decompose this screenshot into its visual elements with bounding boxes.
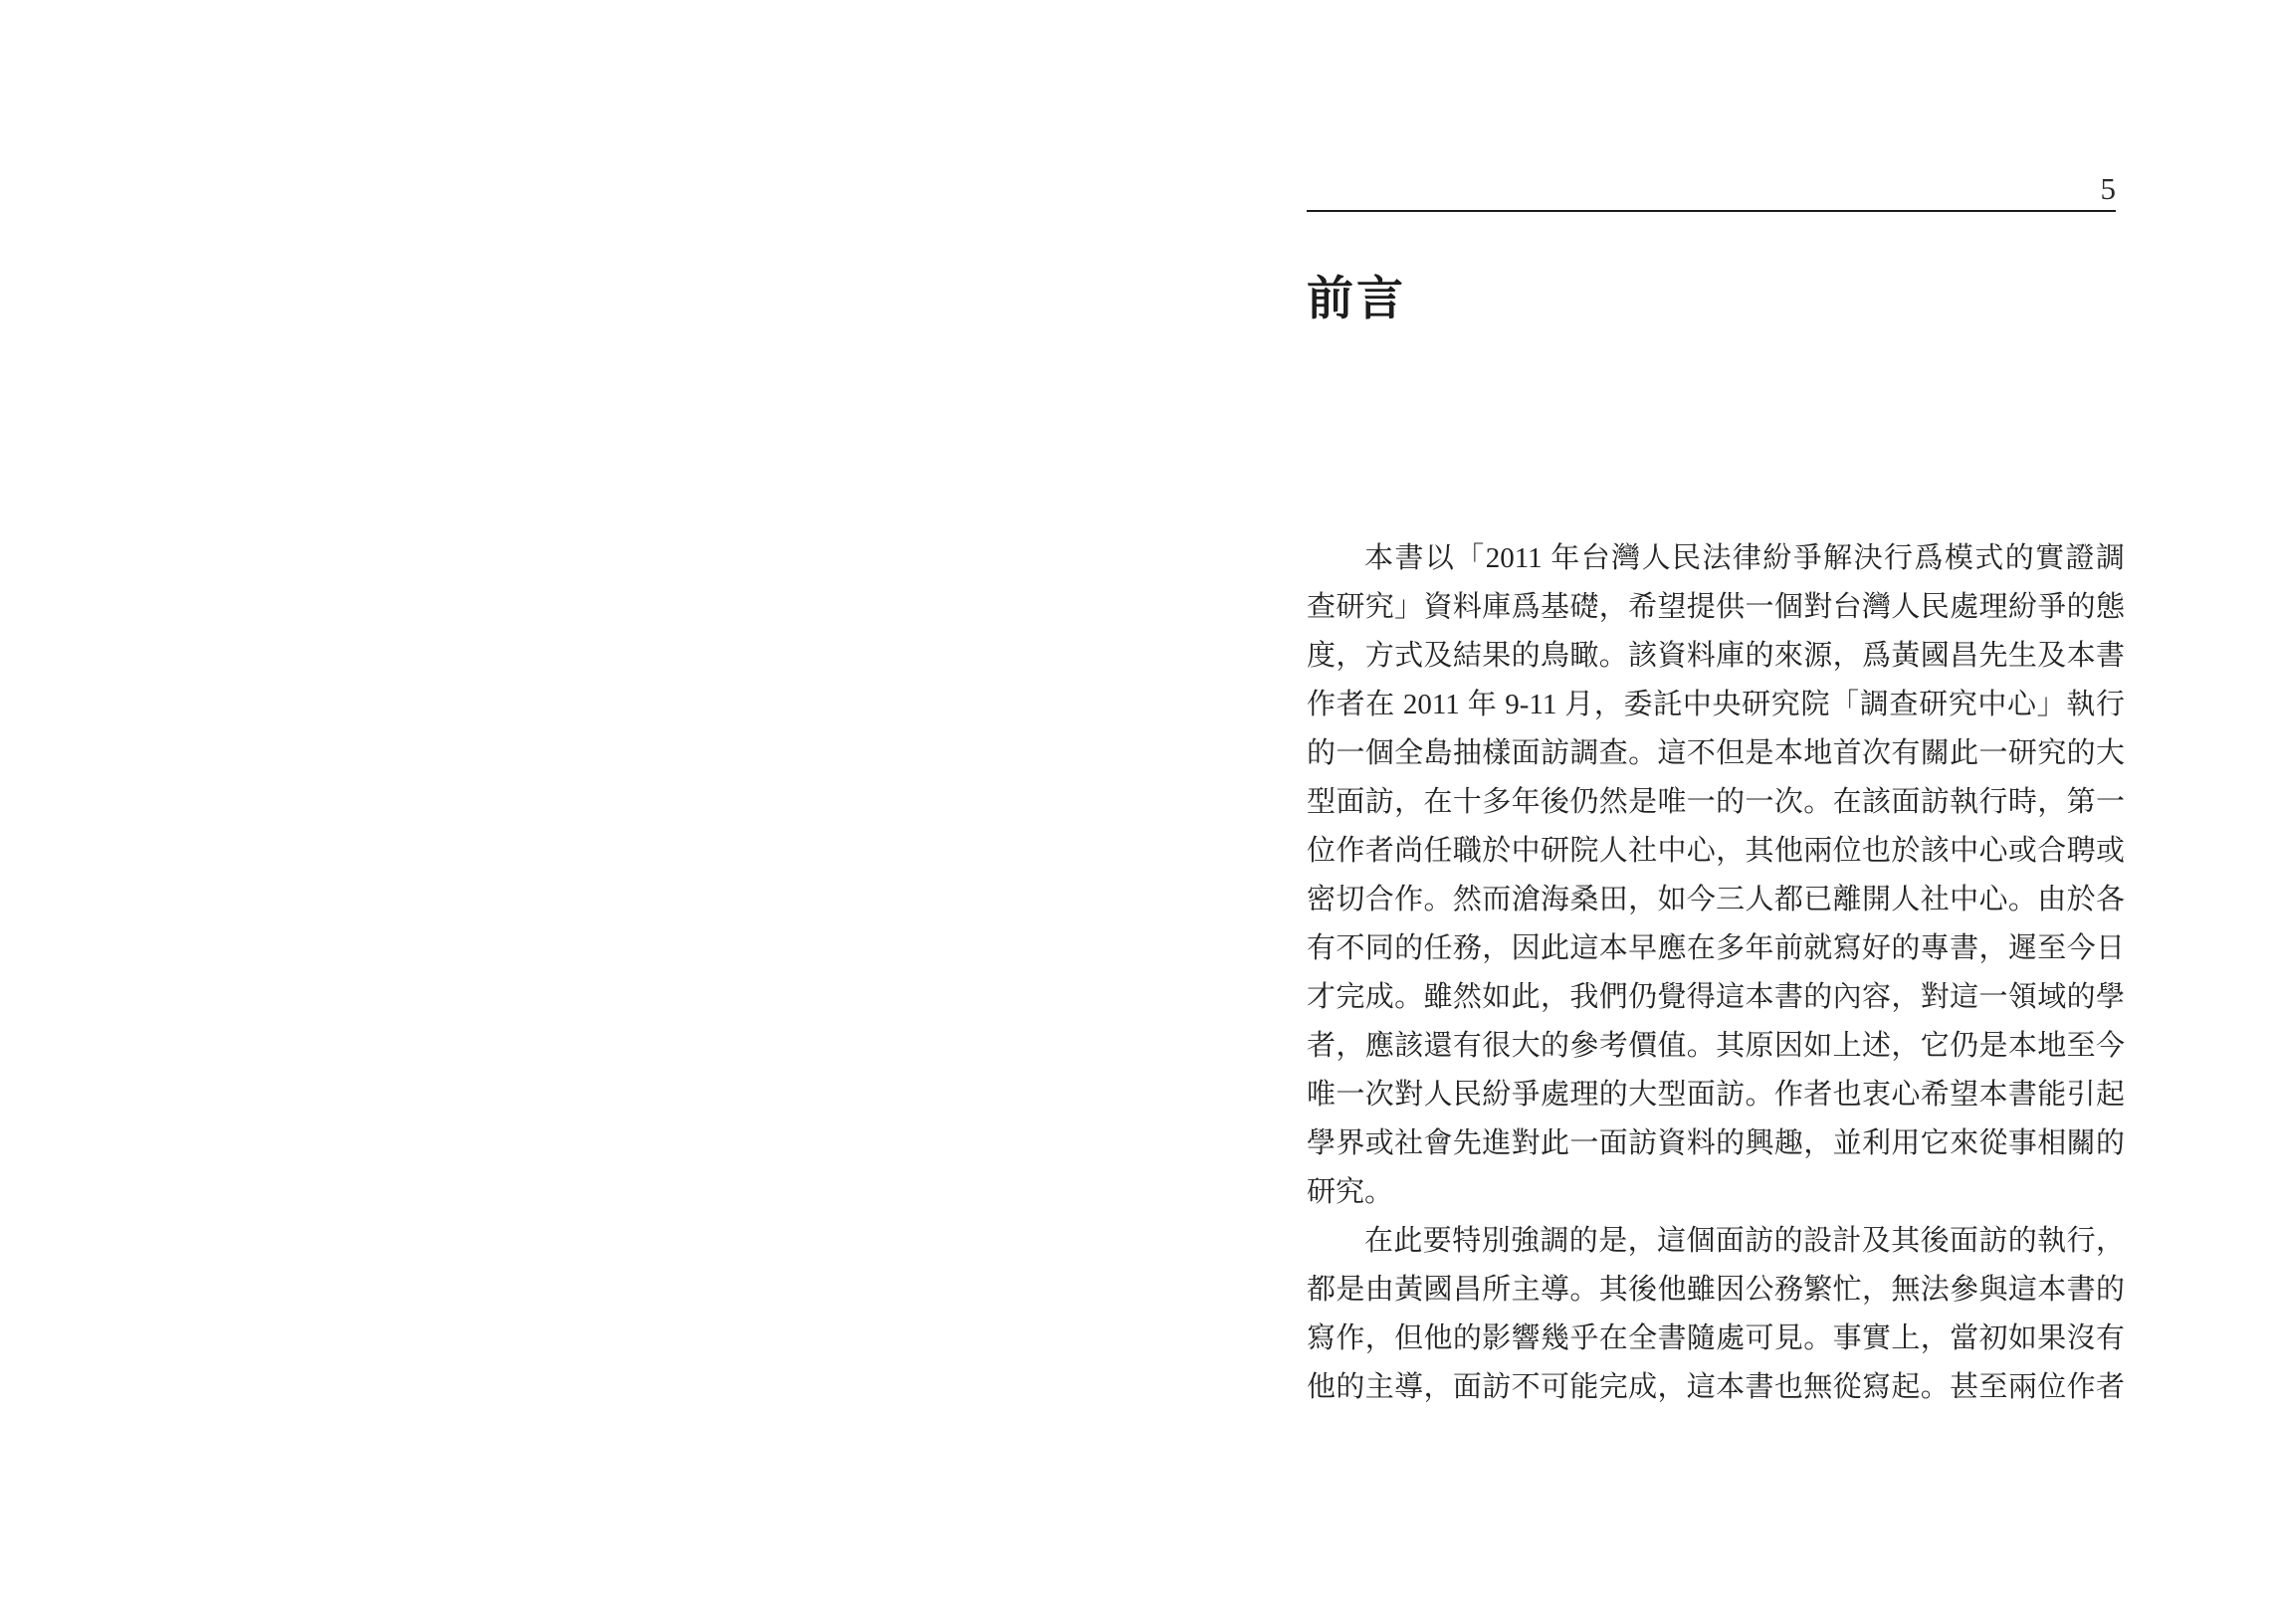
- body-line: 唯一次對人民紛爭處理的大型面訪。作者也衷心希望本書能引起: [1307, 1071, 2125, 1119]
- body-line: 者，應該還有很大的參考價值。其原因如上述，它仍是本地至今: [1307, 1022, 2125, 1071]
- body-line: 查研究」資料庫爲基礎，希望提供一個對台灣人民處理紛爭的態: [1307, 583, 2125, 632]
- body-line: 學界或社會先進對此一面訪資料的興趣，並利用它來從事相關的: [1307, 1119, 2125, 1168]
- body-line: 型面訪，在十多年後仍然是唯一的一次。在該面訪執行時，第一: [1307, 778, 2125, 827]
- body-line: 作者在 2011 年 9-11 月，委託中央研究院「調查研究中心」執行: [1307, 681, 2125, 729]
- body-line: 寫作，但他的影響幾乎在全書隨處可見。事實上，當初如果沒有: [1307, 1315, 2125, 1363]
- body-line: 位作者尚任職於中研院人社中心，其他兩位也於該中心或合聘或: [1307, 827, 2125, 876]
- body-text: 本書以「2011 年台灣人民法律紛爭解決行爲模式的實證調 查研究」資料庫爲基礎，…: [1307, 534, 2125, 1412]
- body-line: 密切合作。然而滄海桑田，如今三人都已離開人社中心。由於各: [1307, 876, 2125, 924]
- body-line: 他的主導，面訪不可能完成，這本書也無從寫起。甚至兩位作者: [1307, 1363, 2125, 1412]
- body-line: 的一個全島抽樣面訪調查。這不但是本地首次有關此一研究的大: [1307, 729, 2125, 778]
- body-line: 有不同的任務，因此這本早應在多年前就寫好的專書，遲至今日: [1307, 924, 2125, 973]
- book-spread: 5 前言 本書以「2011 年台灣人民法律紛爭解決行爲模式的實證調 查研究」資料…: [0, 0, 2272, 1624]
- page-number: 5: [1307, 171, 2116, 207]
- header-rule: [1307, 210, 2116, 212]
- body-line: 都是由黃國昌所主導。其後他雖因公務繁忙，無法參與這本書的: [1307, 1266, 2125, 1315]
- body-line: 研究。: [1307, 1168, 2125, 1217]
- left-blank-page: [0, 0, 1136, 1624]
- body-line: 度，方式及結果的鳥瞰。該資料庫的來源，爲黃國昌先生及本書: [1307, 632, 2125, 681]
- chapter-title: 前言: [1307, 270, 1406, 327]
- body-line: 才完成。雖然如此，我們仍覺得這本書的內容，對這一領域的學: [1307, 973, 2125, 1022]
- body-line: 本書以「2011 年台灣人民法律紛爭解決行爲模式的實證調: [1307, 534, 2125, 583]
- body-line: 在此要特別強調的是，這個面訪的設計及其後面訪的執行，: [1307, 1217, 2125, 1266]
